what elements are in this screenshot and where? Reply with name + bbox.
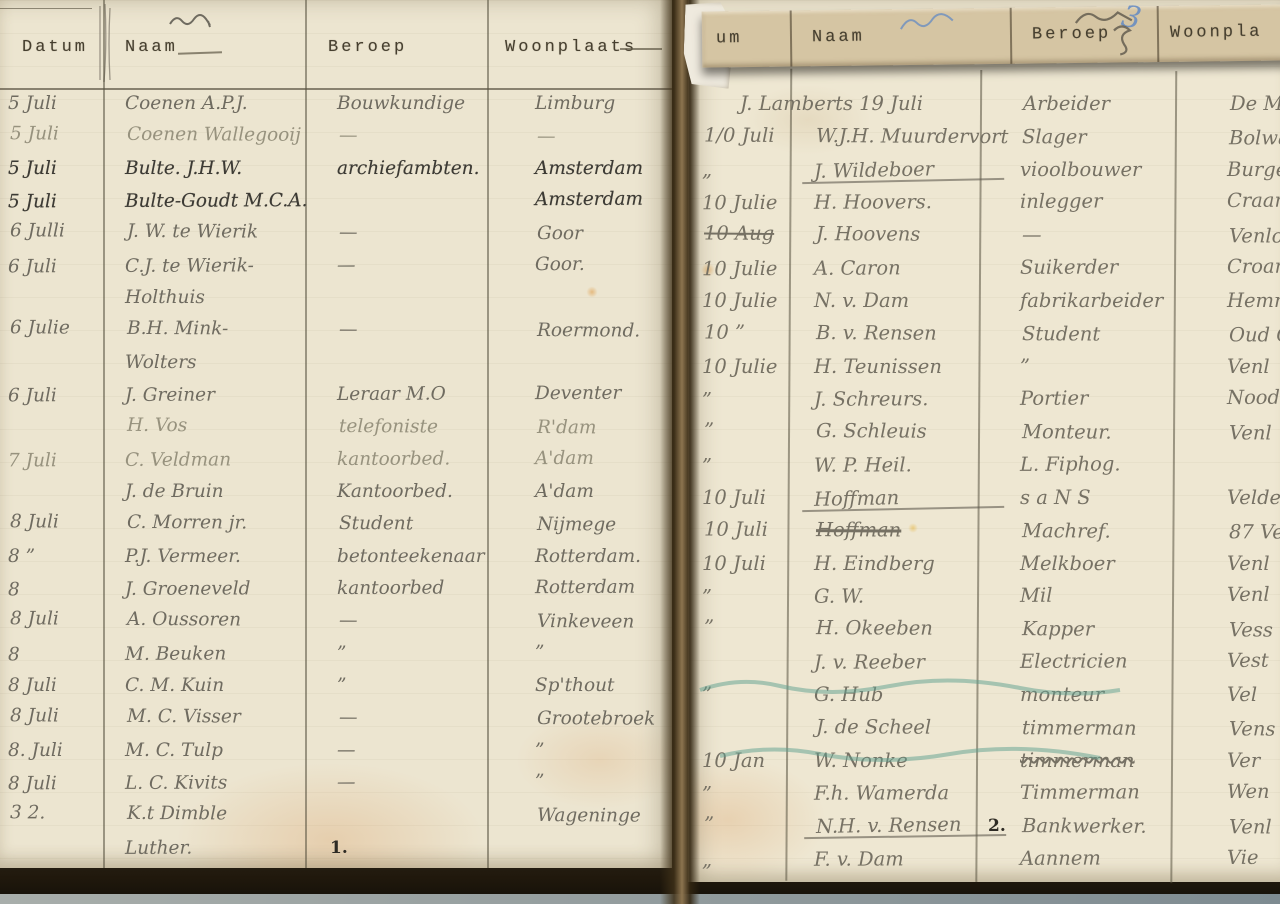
table-row: 1/0 Juli W.J.H. Muurdervort Slager Bolwa… (690, 123, 1280, 159)
cell-datum: ” (688, 388, 802, 411)
cell-beroep: Kapper (1006, 617, 1217, 641)
cell-naam: M. C. Visser (113, 705, 329, 728)
cell-naam: F. v. Dam (802, 847, 1004, 870)
cell-beroep: — (1006, 223, 1217, 247)
cell-woonplaats: Venl (1217, 815, 1280, 838)
table-row: 10 Juli Hoffman s a N S Velden (688, 486, 1280, 519)
cell-naam: C. M. Kuin (111, 674, 327, 695)
cell-datum: 7 Juli (0, 449, 111, 471)
table-row: 5 Juli Bulte-Goudt M.C.A. Amsterdam (0, 188, 672, 223)
cell-beroep: ” (327, 674, 519, 695)
cell-datum: 10 Julie (688, 257, 802, 280)
table-row: 8 Juli C. M. Kuin ” Sp'thout (0, 674, 672, 706)
table-row: 10 ” B. v. Rensen Student Oud Gol (690, 320, 1280, 356)
table-row: Wolters (0, 351, 672, 383)
cell-naam: Holthuis (111, 286, 327, 307)
cell-datum: 3 2. (2, 801, 113, 823)
table-row: 8 M. Beuken ” ” (0, 640, 672, 675)
header-divider (1010, 8, 1013, 64)
cell-naam: Wolters (111, 351, 327, 372)
cell-naam: M. C. Tulp (111, 739, 327, 760)
cell-woonplaats: Nood (1215, 386, 1280, 409)
cell-beroep: Bankwerker. (1006, 814, 1217, 838)
cell-beroep (327, 835, 519, 838)
cell-naam: H. Vos (113, 414, 329, 437)
cell-naam: Bulte-Goudt M.C.A. (111, 189, 327, 211)
cell-woonplaats: Venl (1215, 552, 1280, 574)
cell-naam: N. v. Dam (802, 289, 1004, 311)
table-row: 10 Julie H. Hoovers. inlegger Craane (688, 189, 1280, 224)
table-row: ” H. Okeeben Kapper Vess (690, 616, 1280, 652)
cell-datum: 5 Juli (0, 157, 111, 178)
cell-beroep: fabrikarbeider (1004, 289, 1215, 311)
cell-datum: 8 Juli (0, 674, 111, 695)
cell-naam: A. Caron (802, 256, 1004, 279)
table-row: 10 Juli H. Eindberg Melkboer Venl (688, 552, 1280, 585)
table-row: 10 Julie H. Teunissen ” Venl (688, 355, 1280, 388)
cell-datum: 8 (0, 643, 111, 665)
cell-beroep: Portier (1004, 386, 1215, 409)
cell-naam: C. Veldman (111, 448, 327, 470)
cell-naam: G. W. (802, 584, 1004, 607)
table-header-right: um Naam Beroep Woonpla 3 (702, 4, 1280, 67)
cell-datum: „ (688, 848, 802, 871)
cell-naam: K.t Dimble (113, 802, 329, 825)
column-header-woonplaats: Woonplaats (505, 38, 637, 57)
cell-naam: B. v. Rensen (804, 321, 1006, 345)
cell-datum: 8 Juli (2, 704, 113, 726)
table-row: 5 Juli Bulte. J.H.W. archiefambten. Amst… (0, 157, 672, 189)
cell-datum: 10 Juli (688, 552, 802, 574)
cell-beroep: Melkboer (1004, 552, 1215, 574)
cell-beroep (327, 286, 519, 288)
cell-beroep: Mil (1004, 583, 1215, 606)
cell-woonplaats: Croane (1215, 255, 1280, 278)
cell-woonplaats: Vest (1215, 649, 1280, 672)
cell-naam: N.H. v. Rensen (804, 812, 1006, 840)
cell-woonplaats: Bolwater (1217, 126, 1280, 149)
cell-beroep: — (329, 124, 521, 146)
page-number: 1. (330, 838, 348, 858)
cell-naam: Coenen Wallegooij (113, 123, 329, 146)
cell-beroep: inlegger (1004, 189, 1215, 212)
table-row: J. Lamberts 19 Juli Arbeider De Matth (688, 92, 1280, 125)
table-row: 8. Juli M. C. Tulp — ” (0, 739, 672, 771)
cell-naam: Coenen A.P.J. (111, 92, 327, 113)
column-header-datum: Datum (22, 38, 88, 57)
cell-datum: „ (688, 158, 802, 180)
cell-beroep: kantoorbed. (327, 447, 519, 469)
pencil-squiggle (168, 12, 216, 32)
cell-naam: Bulte. J.H.W. (111, 157, 327, 178)
table-row: ” G. W. Mil Venl (688, 583, 1280, 618)
cell-beroep: — (327, 770, 519, 792)
register-table-left: 5 Juli Coenen A.P.J. Bouwkundige Limburg… (0, 92, 672, 868)
pencil-dash-woonplaats (620, 48, 662, 50)
cell-beroep: vioolbouwer (1004, 158, 1215, 180)
cell-datum: 5 Juli (0, 92, 111, 113)
table-row: 8 Juli C. Morren jr. Student Nijmege (2, 511, 674, 547)
cell-datum: 8 Juli (2, 608, 113, 630)
column-header-naam: Naam (812, 28, 865, 48)
cell-naam: H. Eindberg (802, 552, 1004, 574)
cell-datum: ” (690, 813, 804, 836)
table-row: 5 Juli Coenen Wallegooij — — (2, 123, 674, 159)
cell-datum: 6 Julie (2, 317, 113, 339)
cell-datum: ” (688, 585, 802, 608)
table-row: H. Vos telefoniste R'dam (2, 414, 674, 450)
table-row: ” W. P. Heil. L. Fiphog. (688, 452, 1280, 487)
cell-datum: 10 Julie (688, 355, 802, 377)
cell-naam: J. Schreurs. (802, 387, 1004, 410)
cell-beroep: betonteekenaar (327, 545, 519, 566)
pencil-underline-naam (178, 51, 222, 55)
table-row: ” G. Schleuis Monteur. Venl (690, 419, 1280, 455)
cell-woonplaats: Vess (1217, 618, 1280, 641)
cell-beroep: Arbeider (1007, 92, 1218, 114)
table-row: 8 Juli A. Oussoren — Vinkeveen (2, 608, 674, 644)
cell-datum: 5 Juli (0, 190, 111, 212)
table-row: 8 Juli L. C. Kivits — ” (0, 769, 672, 804)
cell-datum: ” (690, 419, 804, 442)
table-row: „ F. v. Dam Aannem Vie (688, 846, 1280, 881)
cell-beroep: Bouwkundige (327, 92, 519, 113)
cell-beroep: — (329, 221, 521, 243)
cell-beroep: Leraar M.O (327, 382, 519, 404)
table-row: J. de Bruin Kantoorbed. A'dam (0, 480, 672, 512)
cell-naam: G. Schleuis (804, 419, 1006, 443)
cell-datum: 8 Juli (0, 772, 111, 794)
scanner-bed-strip (0, 894, 1280, 904)
cell-datum: 10 Juli (690, 517, 804, 540)
cell-datum: 8. Juli (0, 739, 111, 760)
cell-beroep: archiefambten. (327, 157, 519, 178)
cell-woonplaats: De Matth (1218, 92, 1280, 114)
ghost-ink-scribbles (690, 660, 1210, 790)
table-header-left: Datum Naam Beroep Woonplaats (0, 0, 672, 90)
cell-naam: Hoffman (804, 518, 1006, 542)
cell-naam: Luther. (111, 836, 327, 858)
cell-beroep: Monteur. (1006, 420, 1217, 444)
cell-woonplaats: Burgen (1215, 158, 1280, 180)
cell-naam: H. Hoovers. (802, 190, 1004, 213)
cell-beroep: — (329, 706, 521, 728)
cell-datum (688, 651, 802, 653)
page-number: 2. (988, 816, 1006, 836)
cell-datum: 10 Julie (688, 191, 802, 214)
cell-naam: Hoffman (802, 484, 1004, 513)
table-row: 6 Julli J. W. te Wierik — Goor (2, 220, 674, 256)
cell-naam: W.J.H. Muurdervort (804, 124, 1006, 148)
scanned-register-spread: Datum Naam Beroep Woonplaats 5 Juli Coen… (0, 0, 1280, 904)
cell-datum: 5 Juli (2, 123, 113, 145)
cell-beroep: telefoniste (329, 415, 521, 437)
column-header-beroep: Beroep (328, 38, 407, 57)
cell-beroep: ” (1004, 355, 1215, 377)
cell-naam: J. W. te Wierik (113, 220, 329, 243)
table-row: 10 Aug J. Hoovens — Venlo (690, 222, 1280, 258)
table-row: 6 Julie B.H. Mink- — Roermond. (2, 317, 674, 353)
cell-naam: W. P. Heil. (802, 453, 1004, 476)
cell-beroep (327, 188, 519, 191)
cell-woonplaats: Vie (1215, 846, 1280, 869)
cell-woonplaats: Vens (1217, 717, 1280, 740)
cell-naam: A. Oussoren (113, 608, 329, 631)
table-row: 10 Julie A. Caron Suikerder Croane (688, 255, 1280, 290)
cell-beroep: Student (329, 512, 521, 534)
cell-naam: J. Greiner (111, 383, 327, 405)
column-header-naam: Naam (125, 38, 178, 57)
cell-naam: J. de Bruin (111, 480, 327, 501)
cell-naam: H. Teunissen (802, 355, 1004, 377)
cell-beroep: — (327, 253, 519, 275)
cell-woonplaats: Venl (1215, 583, 1280, 606)
cell-datum: 10 ” (690, 320, 804, 343)
cell-datum: 8 Juli (2, 511, 113, 533)
cell-beroep: Student (1006, 322, 1217, 346)
cell-woonplaats: Venl (1217, 421, 1280, 444)
cell-datum (0, 837, 111, 839)
table-row: 10 Julie N. v. Dam fabrikarbeider Hemm (688, 289, 1280, 322)
cell-datum: 8 (0, 578, 111, 600)
cell-woonplaats: Ver (1215, 749, 1280, 771)
cell-datum (2, 414, 113, 417)
register-page-left: Datum Naam Beroep Woonplaats 5 Juli Coen… (0, 0, 672, 868)
cell-naam: J. Groeneveld (111, 577, 327, 599)
table-row: 8 Juli M. C. Visser — Grootebroek (2, 704, 674, 740)
cell-woonplaats: Venlo (1217, 225, 1280, 248)
column-header-datum-cut: um (716, 29, 743, 48)
cell-naam: J. Lamberts 19 Juli (728, 92, 1007, 114)
cell-beroep: Kantoorbed. (327, 480, 519, 501)
cell-naam: P.J. Vermeer. (111, 545, 327, 566)
cell-datum: ” (690, 616, 804, 639)
table-row: 10 Juli Hoffman Machref. 87 Ven (690, 517, 1280, 553)
cell-naam: C.J. te Wierik- (111, 254, 327, 276)
cell-woonplaats: Wen (1215, 780, 1280, 803)
column-header-woonplaats-cut: Woonpla (1170, 23, 1263, 43)
cell-naam: J. Hoovens (804, 222, 1006, 246)
table-row: 6 Juli J. Greiner Leraar M.O Deventer (0, 381, 672, 416)
cell-woonplaats (1215, 452, 1280, 455)
table-row: 5 Juli Coenen A.P.J. Bouwkundige Limburg (0, 92, 672, 124)
cell-datum: 1/0 Juli (690, 123, 804, 146)
table-row: ” J. Schreurs. Portier Nood (688, 386, 1280, 421)
cell-beroep: Slager (1006, 125, 1217, 149)
cell-naam: B.H. Mink- (113, 317, 329, 340)
book-gutter (660, 0, 700, 904)
cell-beroep: ” (327, 641, 519, 663)
cell-datum: 6 Juli (0, 384, 111, 406)
cell-beroep: kantoorbed (327, 576, 519, 598)
table-row: Holthuis (0, 286, 672, 318)
cell-naam: H. Okeeben (804, 616, 1006, 640)
cell-beroep: — (329, 609, 521, 631)
table-row: ” N.H. v. Rensen Bankwerker. Venl (690, 813, 1280, 849)
cell-datum: 6 Juli (0, 255, 111, 277)
table-row: 6 Juli C.J. te Wierik- — Goor. (0, 252, 672, 287)
cell-woonplaats: Craane (1215, 189, 1280, 212)
blue-pencil-squiggle (897, 10, 957, 37)
cell-woonplaats: Vel (1215, 683, 1280, 705)
cell-naam: J. Wildeboer (802, 156, 1004, 185)
table-row: 7 Juli C. Veldman kantoorbed. A'dam (0, 446, 672, 481)
cell-datum: 10 Aug (690, 222, 804, 245)
cell-woonplaats: 87 Ven (1217, 520, 1280, 543)
cell-beroep: s a N S (1004, 486, 1215, 508)
register-page-right: J. Lamberts 19 Juli Arbeider De Matth 1/… (688, 0, 1280, 882)
cell-beroep: Suikerder (1004, 255, 1215, 278)
pencil-squiggle (1072, 6, 1163, 61)
table-row: 3 2. K.t Dimble Wageninge (2, 801, 674, 837)
table-row: 8 ” P.J. Vermeer. betonteekenaar Rotterd… (0, 545, 672, 577)
cell-beroep: Machref. (1006, 519, 1217, 543)
header-divider (790, 10, 793, 66)
cell-naam: M. Beuken (111, 642, 327, 664)
cell-beroep (329, 803, 521, 806)
cell-beroep: — (327, 739, 519, 760)
cell-beroep: — (329, 318, 521, 340)
cell-datum: 10 Juli (688, 486, 802, 508)
table-row: 8 J. Groeneveld kantoorbed Rotterdam (0, 575, 672, 610)
cell-datum: 10 Julie (688, 289, 802, 311)
cell-woonplaats: Oud Gol (1217, 323, 1280, 346)
cell-naam: C. Morren jr. (113, 511, 329, 534)
cell-datum (0, 351, 111, 353)
table-row: „ J. Wildeboer vioolbouwer Burgen (688, 158, 1280, 191)
cell-datum: 8 ” (0, 545, 111, 566)
cell-naam: L. C. Kivits (111, 771, 327, 793)
cell-woonplaats: Venl (1215, 355, 1280, 377)
cell-beroep: Aannem (1004, 846, 1215, 869)
cell-woonplaats: Hemm (1215, 289, 1280, 311)
cell-woonplaats: Velden (1215, 486, 1280, 508)
cell-datum: ” (688, 454, 802, 477)
cell-beroep: L. Fiphog. (1004, 452, 1215, 475)
cell-datum: 6 Julli (2, 220, 113, 242)
